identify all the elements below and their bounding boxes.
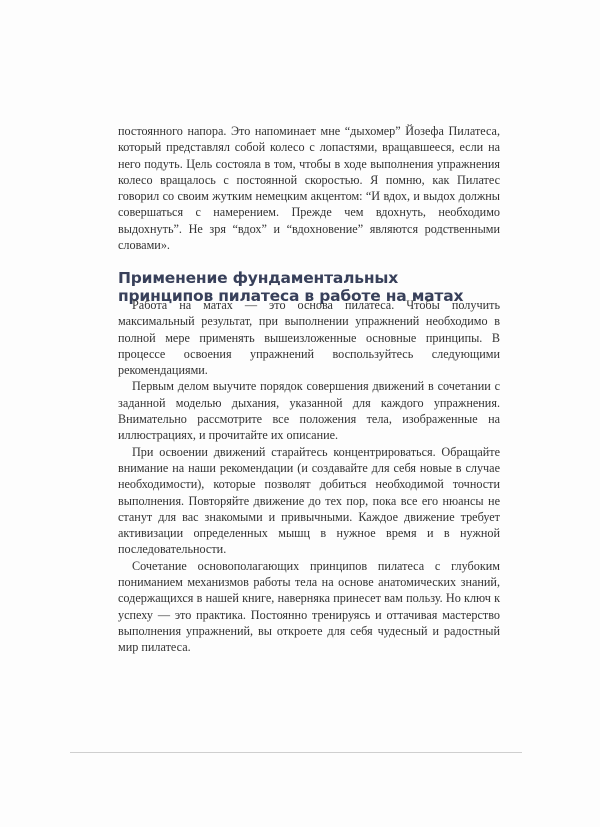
intro-paragraph: постоянного напора. Это напоминает мне “… bbox=[118, 123, 500, 253]
body-paragraph: Работа на матах — это основа пилатеса. Ч… bbox=[118, 297, 500, 378]
footer-rule bbox=[70, 752, 522, 753]
section-body: Работа на матах — это основа пилатеса. Ч… bbox=[118, 297, 500, 656]
body-paragraph: Сочетание основополагающих принципов пил… bbox=[118, 558, 500, 656]
body-paragraph: Первым делом выучите порядок совершения … bbox=[118, 378, 500, 443]
body-paragraph: При освоении движений старайтесь концент… bbox=[118, 444, 500, 558]
book-page: постоянного напора. Это напоминает мне “… bbox=[0, 0, 600, 827]
intro-text: постоянного напора. Это напоминает мне “… bbox=[118, 123, 500, 253]
